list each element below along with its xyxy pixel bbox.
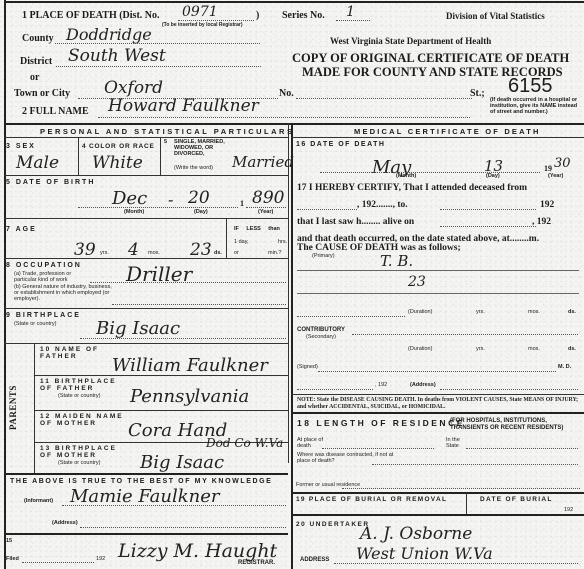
- year-caption: (Year): [258, 209, 273, 215]
- father-birthplace-label: 11 BIRTHPLACE OF FATHER: [40, 378, 120, 392]
- certify-line2: , 192......., to.: [357, 200, 408, 210]
- sig-date-line: [297, 389, 373, 390]
- at-place-line: [322, 448, 434, 449]
- undertaker-label: 20 UNDERTAKER: [296, 521, 370, 528]
- mother-birthplace-label: 13 BIRTHPLACE OF MOTHER: [40, 445, 120, 459]
- duration2-ds: ds.: [568, 346, 576, 352]
- filed-num: 15: [6, 538, 12, 544]
- duration-line: [297, 316, 405, 317]
- marital-label: SINGLE, MARRIED, WIDOWED, OR DIVORCED,: [174, 139, 230, 157]
- mother-birthplace-note: (State or country): [58, 460, 101, 466]
- undertaker-address-line: [334, 563, 578, 564]
- town-label: Town or City: [14, 88, 70, 99]
- informant-value: Mamie Faulkner: [70, 486, 219, 507]
- series-value: 1: [346, 4, 355, 20]
- county-label: County: [22, 33, 54, 44]
- duration2-mos: mos.: [528, 346, 540, 352]
- at-place-label: At place of death: [297, 437, 325, 449]
- dist-no-value: 0971: [182, 4, 218, 20]
- sig-year: , 192: [375, 382, 387, 388]
- birthplace-line: [80, 338, 286, 339]
- certify-to-line: [440, 209, 536, 210]
- dob-line: [78, 207, 238, 208]
- full-name-value: Howard Faulkner: [108, 96, 259, 116]
- day-caption: (Day): [194, 209, 208, 215]
- district-value: South West: [68, 46, 166, 66]
- dob-year-prefix: 1: [240, 199, 244, 208]
- or-min-label: or: [234, 250, 239, 256]
- divider: [4, 258, 288, 259]
- divider: [291, 394, 584, 395]
- dist-paren: ): [256, 10, 259, 21]
- true-statement: THE ABOVE IS TRUE TO THE BEST OF MY KNOW…: [10, 478, 272, 485]
- former-residence-line: [342, 488, 580, 489]
- undertaker-address-label: ADDRESS: [300, 557, 329, 563]
- undertaker-address-value: West Union W.Va: [356, 544, 493, 563]
- divider: [291, 137, 584, 138]
- divider: [291, 412, 584, 414]
- dob-year-line: [246, 207, 286, 208]
- contracted-line: [372, 464, 578, 465]
- yrs-caption: yrs.: [100, 250, 109, 256]
- birthplace-label: 9 BIRTHPLACE: [6, 312, 81, 319]
- occupation-label: 8 OCCUPATION: [6, 262, 82, 269]
- district-line: [56, 66, 261, 67]
- occupation-b-line: [112, 304, 286, 305]
- month-caption: (Month): [124, 209, 144, 215]
- one-day-label: 1 day,: [234, 239, 249, 245]
- dist-no-note: (To be inserted by local Registrar): [162, 22, 242, 28]
- occupation-b: (b) General nature of industry, business…: [14, 284, 112, 302]
- burial-date-label: DATE OF BURIAL: [480, 496, 553, 503]
- dob-year: 890: [252, 188, 284, 208]
- duration-yrs: yrs.: [476, 309, 485, 315]
- personal-section-title: PERSONAL AND STATISTICAL PARTICULARS: [40, 127, 294, 136]
- registrar-label: REGISTRAR.: [238, 560, 275, 566]
- address-label: (Address): [52, 520, 78, 526]
- father-name-value: William Faulkner: [112, 355, 268, 376]
- dod-label: 16 DATE OF DEATH: [296, 141, 385, 148]
- division-label: Division of Vital Statistics: [446, 11, 545, 21]
- column-divider: [291, 123, 293, 569]
- contributory-line: [352, 334, 578, 335]
- cause-line-1: [297, 270, 579, 271]
- burial-place-label: 19 PLACE OF BURIAL OR REMOVAL: [296, 496, 447, 503]
- certify-line3: that I last saw h........ alive on: [297, 217, 414, 227]
- dod-line: [320, 172, 540, 173]
- department-label: West Virginia State Department of Health: [330, 36, 491, 46]
- informant-line: [62, 505, 286, 506]
- divider: [466, 492, 467, 514]
- dod-year-prefix: 19: [544, 164, 552, 173]
- duration-caption: (Duration): [408, 309, 432, 315]
- race-label: 4 COLOR OR RACE: [82, 143, 155, 150]
- sig-address-label: (Address): [410, 382, 436, 388]
- dob-label: 5 DATE OF BIRTH: [6, 179, 95, 186]
- divider: [78, 137, 79, 175]
- duration2-yrs: yrs.: [476, 346, 485, 352]
- residence-note: (FOR HOSPITALS, INSTITUTIONS, TRANSIENTS…: [450, 418, 578, 432]
- marital-value: Married: [232, 153, 294, 171]
- age-months: 4: [128, 240, 139, 260]
- divider: [34, 375, 288, 376]
- md-label: M. D.: [558, 364, 571, 370]
- county-line: [55, 43, 260, 44]
- divider: [291, 492, 584, 494]
- divider: [4, 473, 288, 475]
- informant-label: (Informant): [24, 498, 53, 504]
- father-birthplace-value: Pennsylvania: [130, 386, 249, 407]
- secondary-caption: (Secondary): [306, 334, 336, 340]
- or-label: or: [30, 72, 39, 83]
- contributory-label: CONTRIBUTORY: [297, 327, 345, 333]
- divider: [226, 218, 227, 258]
- divider: [291, 514, 584, 516]
- certify-from-line: [297, 209, 357, 210]
- left-border: [4, 0, 6, 569]
- mother-maiden-label: 12 MAIDEN NAME OF MOTHER: [40, 413, 130, 427]
- cause-duration-note: 23: [408, 274, 426, 290]
- top-border: [4, 1, 584, 3]
- filed-label: Filed: [6, 556, 19, 562]
- burial-year: 192: [564, 507, 573, 513]
- full-name-line: [98, 117, 470, 118]
- divider: [4, 218, 288, 219]
- filed-year: 192: [96, 556, 105, 562]
- marital-num: 5: [164, 139, 167, 145]
- parents-label: PARENTS: [8, 385, 18, 430]
- divider: [160, 137, 161, 175]
- no-label: No.: [279, 88, 294, 99]
- series-line: [336, 20, 370, 21]
- contracted-label: Where was disease contracted, if not at …: [297, 452, 397, 464]
- certify-line3-end: , 192: [532, 217, 551, 227]
- note-text: NOTE: State the DISEASE CAUSING DEATH. I…: [297, 397, 581, 410]
- place-of-death-label: 1 PLACE OF DEATH (Dist. No.: [22, 10, 160, 21]
- occupation-line: [90, 282, 286, 283]
- header-divider: [4, 123, 584, 125]
- duration2-caption: (Duration): [408, 346, 432, 352]
- birthplace-note: (State or country): [14, 321, 57, 327]
- dod-year: 30: [554, 156, 571, 171]
- divider: [4, 533, 288, 535]
- certify-line1: 17 I HEREBY CERTIFY, That I attended dec…: [297, 183, 527, 193]
- filed-line: [22, 562, 94, 563]
- signed-line: [318, 371, 556, 372]
- marital-note: (Write the word): [174, 165, 213, 171]
- dist-no-line: [178, 20, 254, 21]
- mother-birthplace-extra: Dod Co W.Va: [206, 436, 283, 450]
- dod-day-caption: (Day): [486, 173, 500, 179]
- dob-day: 20: [188, 188, 210, 208]
- cause-line-2: [297, 293, 579, 294]
- town-value: Oxford: [104, 78, 163, 98]
- divider: [4, 175, 288, 176]
- divider: [34, 343, 35, 473]
- age-label: 7 AGE: [6, 226, 37, 233]
- father-birthplace-note: (State or country): [58, 393, 101, 399]
- in-state-line: [466, 448, 578, 449]
- certify-line2-end: 192: [540, 200, 554, 210]
- divider: [34, 410, 288, 411]
- age-days: 23: [190, 240, 212, 260]
- sig-address-line: [440, 389, 578, 390]
- sex-value: Male: [16, 153, 59, 173]
- county-value: Doddridge: [66, 25, 152, 44]
- primary-caption: (Primary): [312, 253, 335, 259]
- column-divider-inner: [288, 123, 289, 463]
- duration-mos: mos.: [528, 309, 540, 315]
- if-less-label: IF LESS than: [234, 226, 280, 232]
- hospital-note: (If death occurred in a hospital or inst…: [490, 97, 582, 115]
- dod-year-caption: (Year): [548, 173, 563, 179]
- race-value: White: [92, 153, 143, 173]
- mos-caption: mos.: [148, 250, 160, 256]
- cause-primary-value: T. B.: [380, 252, 413, 270]
- residence-label: 18 LENGTH OF RESIDENCE: [297, 418, 465, 428]
- occupation-a: (a) Trade, profession or particular kind…: [14, 271, 84, 283]
- st-label: St.;: [470, 88, 485, 99]
- dob-month: Dec: [112, 188, 147, 209]
- min-label: min.?: [268, 250, 281, 256]
- ds-caption: ds.: [214, 250, 222, 256]
- divider: [4, 343, 288, 344]
- age-years: 39: [74, 240, 96, 260]
- duration-ds: ds.: [568, 309, 576, 315]
- district-label: District: [20, 56, 52, 67]
- undertaker-value: A. J. Osborne: [360, 524, 472, 544]
- birthplace-value: Big Isaac: [96, 318, 180, 339]
- cause-label: The CAUSE OF DEATH was as follows;: [297, 243, 461, 253]
- divider: [4, 137, 288, 138]
- registrar-signature: Lizzy M. Haught: [118, 540, 277, 562]
- certify-alive-line: [440, 226, 536, 227]
- dod-month-caption: (Month): [396, 173, 416, 179]
- signed-label: (Signed): [297, 364, 318, 370]
- medical-section-title: MEDICAL CERTIFICATE OF DEATH: [354, 127, 541, 136]
- full-name-label: 2 FULL NAME: [22, 106, 89, 117]
- hrs-label: hrs.: [278, 239, 287, 245]
- father-name-label: 10 NAME OF FATHER: [40, 346, 102, 360]
- sex-label: 3 SEX: [6, 143, 36, 150]
- informant-address-line: [80, 527, 286, 528]
- certificate-title-line1: COPY OF ORIGINAL CERTIFICATE OF DEATH: [292, 51, 569, 66]
- mother-birthplace-value: Big Isaac: [140, 452, 224, 473]
- series-label: Series No.: [282, 10, 325, 21]
- certificate-number: 6155: [508, 75, 553, 98]
- street-line: [296, 98, 472, 99]
- divider: [4, 308, 288, 309]
